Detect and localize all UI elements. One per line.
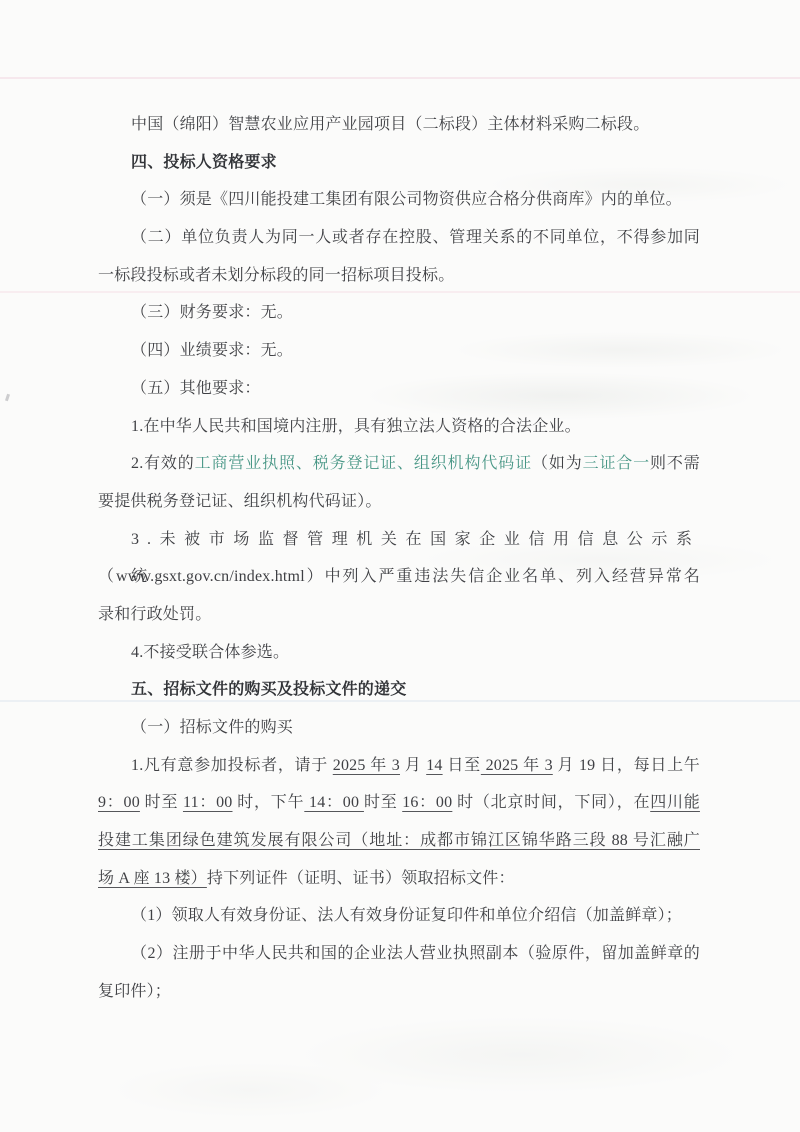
text-segment: （www.gsxt.gov.cn/index.html）中列入严重违法失信企业名… [98, 568, 700, 585]
required-credential-1: （1）领取人有效身份证、法人有效身份证复印件和单位介绍信（加盖鲜章）； [98, 897, 700, 935]
project-name-line: 中国（绵阳）智慧农业应用产业园项目（二标段）主体材料采购二标段。 [98, 106, 700, 144]
required-credential-2-line-1: （2）注册于中华人民共和国的企业法人营业执照副本（验原件，留加盖鲜章的 [98, 935, 700, 973]
document-body: 中国（绵阳）智慧农业应用产业园项目（二标段）主体材料采购二标段。四、投标人资格要… [98, 106, 700, 1011]
qualification-item-2-line-1: （二）单位负责人为同一人或者存在控股、管理关系的不同单位，不得参加同 [98, 219, 700, 257]
text-segment: 日至 [443, 757, 481, 774]
text-segment: 14 [426, 757, 442, 774]
text-segment: 1.在中华人民共和国境内注册，具有独立法人资格的合法企业。 [131, 418, 581, 435]
scan-artifact-speck [5, 394, 10, 402]
text-segment: 11：00 [183, 794, 233, 811]
qualification-item-5: （五）其他要求： [98, 370, 700, 408]
section-5-heading: 五、招标文件的购买及投标文件的递交 [98, 671, 700, 709]
text-segment: （2）注册于中华人民共和国的企业法人营业执照副本（验原件，留加盖鲜章的 [131, 945, 700, 962]
text-segment: 时，下午 [233, 794, 305, 811]
purchase-paragraph-line-3: 投建工集团绿色建筑发展有限公司（地址：成都市锦江区锦华路三段 88 号汇融广 [98, 822, 700, 860]
required-credential-2-line-2: 复印件）； [98, 973, 700, 1011]
text-segment: 中国（绵阳）智慧农业应用产业园项目（二标段）主体材料采购二标段。 [131, 116, 649, 133]
text-segment: 复印件）； [98, 983, 171, 1000]
text-segment: 三证合一 [583, 455, 650, 472]
text-segment: 录和行政处罚。 [98, 606, 211, 623]
qualification-item-3: （三）财务要求：无。 [98, 294, 700, 332]
purchase-paragraph-line-2: 9：00 时至 11：00 时，下午 14：00 时至 16：00 时（北京时间… [98, 784, 700, 822]
other-requirement-3-line-3: 录和行政处罚。 [98, 596, 700, 634]
text-segment: 工商营业执照、税务登记证、组织机构代码证 [195, 455, 532, 472]
text-segment: 一标段投标或者未划分标段的同一招标项目投标。 [98, 267, 454, 284]
text-segment: （如为 [532, 455, 583, 472]
text-segment: 持下列证件（证明、证书）领取招标文件： [207, 870, 515, 887]
text-segment: （四）业绩要求：无。 [131, 342, 293, 359]
text-segment: 月 19 日，每日上午 [553, 757, 700, 774]
text-segment: 1.凡有意参加投标者，请于 [131, 757, 333, 774]
qualification-item-4: （四）业绩要求：无。 [98, 332, 700, 370]
text-segment: 月 [400, 757, 426, 774]
other-requirement-2-line-1: 2.有效的工商营业执照、税务登记证、组织机构代码证（如为三证合一则不需 [98, 445, 700, 483]
text-segment: 则不需 [650, 455, 700, 472]
other-requirement-3-line-1: 3.未被市场监督管理机关在国家企业信用信息公示系统 [98, 521, 700, 559]
text-segment: 时至 [140, 794, 183, 811]
other-requirement-3-line-2: （www.gsxt.gov.cn/index.html）中列入严重违法失信企业名… [98, 558, 700, 596]
text-segment: （1）领取人有效身份证、法人有效身份证复印件和单位介绍信（加盖鲜章）； [131, 907, 682, 924]
text-segment: 投建工集团绿色建筑发展有限公司（地址：成都市锦江区锦华路三段 88 号汇融广 [98, 832, 700, 849]
text-segment: （一）招标文件的购买 [131, 719, 293, 736]
text-segment: 2025 年 3 [333, 757, 400, 774]
other-requirement-1: 1.在中华人民共和国境内注册，具有独立法人资格的合法企业。 [98, 408, 700, 446]
text-segment: 时至 [364, 794, 402, 811]
text-segment: 16：00 [402, 794, 452, 811]
qualification-item-2-line-2: 一标段投标或者未划分标段的同一招标项目投标。 [98, 257, 700, 295]
text-segment: （一）须是《四川能投建工集团有限公司物资供应合格分供商库》内的单位。 [131, 191, 682, 208]
text-segment: 2.有效的 [131, 455, 195, 472]
section-5-1-subheading: （一）招标文件的购买 [98, 709, 700, 747]
section-4-heading: 四、投标人资格要求 [98, 144, 700, 182]
scan-artifact-line [0, 77, 800, 79]
text-segment: 2025 年 3 [481, 757, 553, 774]
other-requirement-4: 4.不接受联合体参选。 [98, 634, 700, 672]
text-segment: 4.不接受联合体参选。 [131, 644, 289, 661]
text-segment: 场 A 座 13 楼） [98, 870, 207, 887]
text-segment: 9：00 [98, 794, 140, 811]
purchase-paragraph-line-1: 1.凡有意参加投标者，请于 2025 年 3 月 14 日至 2025 年 3 … [98, 747, 700, 785]
purchase-paragraph-line-4: 场 A 座 13 楼）持下列证件（证明、证书）领取招标文件： [98, 860, 700, 898]
text-segment: 要提供税务登记证、组织机构代码证）。 [98, 493, 382, 510]
text-segment: （五）其他要求： [131, 380, 261, 397]
text-segment: （三）财务要求：无。 [131, 304, 293, 321]
qualification-item-1: （一）须是《四川能投建工集团有限公司物资供应合格分供商库》内的单位。 [98, 181, 700, 219]
text-segment: 14：00 [304, 794, 364, 811]
text-segment: （二）单位负责人为同一人或者存在控股、管理关系的不同单位，不得参加同 [131, 229, 700, 246]
text-segment: 四川能 [650, 794, 700, 811]
text-segment: 四、投标人资格要求 [131, 154, 277, 171]
text-segment: 五、招标文件的购买及投标文件的递交 [131, 681, 406, 698]
text-segment: 时（北京时间，下同），在 [452, 794, 650, 811]
other-requirement-2-line-2: 要提供税务登记证、组织机构代码证）。 [98, 483, 700, 521]
